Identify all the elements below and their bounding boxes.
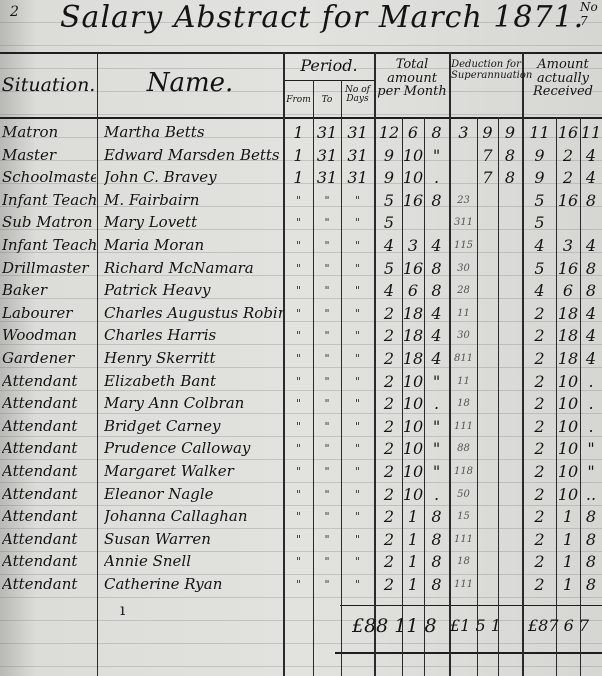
deduction-pence-cell: [498, 370, 522, 393]
situation-cell: Matron: [2, 121, 96, 144]
total-pence-cell: 8: [424, 257, 449, 280]
deduction-shillings-cell: [477, 505, 498, 528]
header-period-days: No of Days: [341, 86, 374, 105]
situation-cell: Drillmaster: [2, 257, 96, 280]
period-to-cell: ": [313, 347, 341, 370]
page-number: 2: [10, 4, 19, 20]
received-pence-cell: 4: [580, 144, 602, 167]
received-shillings-cell: 1: [556, 528, 580, 551]
total-pence-cell: 8: [424, 121, 449, 144]
period-from-cell: ": [284, 392, 313, 415]
title-annotation: No 7: [580, 0, 602, 28]
received-pence-cell: 4: [580, 347, 602, 370]
deduction-pencil-mark: 311: [450, 211, 477, 234]
deduction-pence-cell: [498, 257, 522, 280]
deduction-shillings-cell: [477, 573, 498, 596]
period-days-cell: ": [341, 324, 374, 347]
situation-cell: Attendant: [2, 460, 96, 483]
total-pounds-cell: 2: [375, 347, 403, 370]
situation-cell: Infant Teacher: [2, 189, 96, 212]
period-from-cell: ": [284, 302, 313, 325]
situation-cell: Attendant: [2, 505, 96, 528]
name-cell: Charles Augustus Robinson: [104, 302, 284, 325]
period-days-cell: ": [341, 370, 374, 393]
total-pence-cell: 4: [424, 234, 449, 257]
deduction-sum: £1 5 1: [450, 612, 501, 640]
deduction-pence-cell: [498, 437, 522, 460]
period-subrule: [285, 80, 375, 81]
total-shillings-cell: 18: [402, 324, 424, 347]
deduction-pence-cell: [498, 302, 522, 325]
name-cell: Margaret Walker: [104, 460, 284, 483]
deduction-pounds-cell: 3: [450, 121, 477, 144]
period-from-cell: 1: [284, 166, 313, 189]
total-pounds-cell: 2: [375, 324, 403, 347]
received-shillings-cell: 2: [556, 166, 580, 189]
table-row: Infant TeacherM. Fairbairn"""5168235168: [0, 189, 602, 212]
deduction-pence-cell: [498, 528, 522, 551]
deduction-pence-cell: [498, 505, 522, 528]
deduction-pence-cell: [498, 279, 522, 302]
situation-cell: Infant Teacher: [2, 234, 96, 257]
situation-cell: Woodman: [2, 324, 96, 347]
header-deduction: Deduction for Superannuation: [451, 60, 521, 81]
period-from-cell: 1: [284, 121, 313, 144]
total-pence-cell: 8: [424, 505, 449, 528]
received-pence-cell: .: [580, 415, 602, 438]
deduction-shillings-cell: [477, 257, 498, 280]
deduction-pence-cell: [498, 324, 522, 347]
period-days-cell: ": [341, 550, 374, 573]
name-cell: Annie Snell: [104, 550, 284, 573]
header-situation: Situation.: [0, 76, 97, 96]
total-pounds-cell: 2: [375, 550, 403, 573]
received-pounds-cell: 2: [523, 460, 556, 483]
received-sum: £87 6 7: [528, 612, 589, 640]
received-pounds-cell: 2: [523, 550, 556, 573]
period-to-cell: ": [313, 324, 341, 347]
situation-cell: Attendant: [2, 370, 96, 393]
period-from-cell: ": [284, 550, 313, 573]
deduction-shillings-cell: 7: [477, 144, 498, 167]
total-shillings-cell: [402, 211, 424, 234]
total-pence-cell: ": [424, 460, 449, 483]
received-pence-cell: 8: [580, 189, 602, 212]
total-pounds-cell: 2: [375, 302, 403, 325]
period-to-cell: ": [313, 483, 341, 506]
deduction-shillings-cell: 7: [477, 166, 498, 189]
period-from-cell: ": [284, 279, 313, 302]
situation-cell: Labourer: [2, 302, 96, 325]
deduction-pencil-mark: 30: [450, 324, 477, 347]
name-cell: Bridget Carney: [104, 415, 284, 438]
total-pounds-cell: 9: [375, 144, 403, 167]
table-row: AttendantBridget Carney"""210"111210.: [0, 415, 602, 438]
table-row: AttendantPrudence Calloway"""210"88210": [0, 437, 602, 460]
period-days-cell: ": [341, 347, 374, 370]
total-shillings-cell: 1: [402, 550, 424, 573]
received-pounds-cell: 5: [523, 257, 556, 280]
received-pounds-cell: 5: [523, 211, 556, 234]
received-shillings-cell: 10: [556, 460, 580, 483]
period-days-cell: ": [341, 437, 374, 460]
total-shillings-cell: 3: [402, 234, 424, 257]
period-days-cell: ": [341, 483, 374, 506]
header-bottom-rule: [0, 117, 602, 119]
period-days-cell: 31: [341, 121, 374, 144]
received-pounds-cell: 2: [523, 370, 556, 393]
total-shillings-cell: 10: [402, 415, 424, 438]
period-from-cell: ": [284, 234, 313, 257]
deduction-shillings-cell: [477, 392, 498, 415]
deduction-pencil-mark: 111: [450, 573, 477, 596]
received-pence-cell: 4: [580, 234, 602, 257]
total-pounds-cell: 4: [375, 234, 403, 257]
period-from-cell: ": [284, 437, 313, 460]
received-pence-cell: .: [580, 370, 602, 393]
total-shillings-cell: 10: [402, 370, 424, 393]
deduction-shillings-cell: [477, 370, 498, 393]
total-shillings-cell: 10: [402, 437, 424, 460]
name-cell: John C. Bravey: [104, 166, 284, 189]
deduction-pencil-mark: 118: [450, 460, 477, 483]
name-cell: Prudence Calloway: [104, 437, 284, 460]
received-pounds-cell: 2: [523, 437, 556, 460]
deduction-shillings-cell: [477, 437, 498, 460]
table-row: MatronMartha Betts131311268399111611: [0, 121, 602, 144]
received-pence-cell: 8: [580, 257, 602, 280]
received-shillings-cell: 18: [556, 302, 580, 325]
period-days-cell: ": [341, 573, 374, 596]
deduction-pence-cell: [498, 550, 522, 573]
period-from-cell: 1: [284, 144, 313, 167]
received-shillings-cell: 1: [556, 505, 580, 528]
table-row: AttendantMargaret Walker"""210"118210": [0, 460, 602, 483]
table-row: AttendantSusan Warren"""218111218: [0, 528, 602, 551]
total-shillings-cell: 6: [402, 121, 424, 144]
header-total-amount: Total amount per Month: [376, 58, 448, 99]
period-from-cell: ": [284, 324, 313, 347]
period-to-cell: ": [313, 257, 341, 280]
received-shillings-cell: [556, 211, 580, 234]
period-days-cell: ": [341, 189, 374, 212]
deduction-pencil-mark: 30: [450, 257, 477, 280]
period-from-cell: ": [284, 211, 313, 234]
received-pounds-cell: 2: [523, 483, 556, 506]
period-to-cell: ": [313, 460, 341, 483]
total-pence-cell: .: [424, 166, 449, 189]
table-row: SchoolmasterJohn C. Bravey13131910.78924: [0, 166, 602, 189]
received-shillings-cell: 10: [556, 415, 580, 438]
period-days-cell: ": [341, 257, 374, 280]
situation-cell: Master: [2, 144, 96, 167]
header-amount-received: Amount actually Received: [524, 58, 602, 99]
period-to-cell: ": [313, 528, 341, 551]
received-pence-cell: 8: [580, 550, 602, 573]
received-pounds-cell: 2: [523, 528, 556, 551]
deduction-shillings-cell: 9: [477, 121, 498, 144]
situation-cell: Schoolmaster: [2, 166, 96, 189]
total-pence-cell: ": [424, 415, 449, 438]
deduction-shillings-cell: [477, 324, 498, 347]
total-shillings-cell: 6: [402, 279, 424, 302]
deduction-shillings-cell: [477, 211, 498, 234]
total-pence-cell: 8: [424, 189, 449, 212]
table-row: Sub MatronMary Lovett"""53115: [0, 211, 602, 234]
received-shillings-cell: 1: [556, 550, 580, 573]
period-from-cell: ": [284, 460, 313, 483]
total-pence-cell: 4: [424, 347, 449, 370]
deduction-pence-cell: [498, 483, 522, 506]
received-pounds-cell: 4: [523, 279, 556, 302]
deduction-pencil-mark: 18: [450, 550, 477, 573]
received-pence-cell: ": [580, 460, 602, 483]
period-to-cell: ": [313, 234, 341, 257]
received-pence-cell: ": [580, 437, 602, 460]
received-shillings-cell: 2: [556, 144, 580, 167]
total-shillings-cell: 10: [402, 144, 424, 167]
deduction-pencil-mark: 88: [450, 437, 477, 460]
deduction-pencil-mark: 115: [450, 234, 477, 257]
received-pounds-cell: 5: [523, 189, 556, 212]
received-pence-cell: 8: [580, 573, 602, 596]
deduction-shillings-cell: [477, 347, 498, 370]
received-pence-cell: 4: [580, 324, 602, 347]
header-top-rule: [0, 52, 602, 54]
deduction-pencil-mark: 50: [450, 483, 477, 506]
deduction-shillings-cell: [477, 483, 498, 506]
deduction-pounds-cell: [450, 144, 477, 167]
received-shillings-cell: 10: [556, 370, 580, 393]
table-row: AttendantEleanor Nagle"""210.50210..: [0, 483, 602, 506]
total-pence-cell: 4: [424, 302, 449, 325]
period-days-cell: ": [341, 279, 374, 302]
total-pence-cell: ": [424, 370, 449, 393]
period-to-cell: ": [313, 189, 341, 212]
total-shillings-cell: 16: [402, 257, 424, 280]
deduction-pence-cell: [498, 234, 522, 257]
deduction-pencil-mark: 11: [450, 370, 477, 393]
total-pounds-cell: 2: [375, 573, 403, 596]
received-pence-cell: 4: [580, 302, 602, 325]
total-pence-cell: 4: [424, 324, 449, 347]
received-pounds-cell: 2: [523, 392, 556, 415]
name-cell: Elizabeth Bant: [104, 370, 284, 393]
total-shillings-cell: 10: [402, 483, 424, 506]
received-pence-cell: 8: [580, 279, 602, 302]
received-pounds-cell: 9: [523, 144, 556, 167]
period-days-cell: ": [341, 211, 374, 234]
received-shillings-cell: 16: [556, 257, 580, 280]
total-pence-cell: 8: [424, 279, 449, 302]
total-pounds-cell: 5: [375, 257, 403, 280]
situation-cell: Gardener: [2, 347, 96, 370]
deduction-pencil-mark: 15: [450, 505, 477, 528]
deduction-pence-cell: 8: [498, 144, 522, 167]
deduction-pounds-cell: [450, 166, 477, 189]
deduction-shillings-cell: [477, 528, 498, 551]
table-row: Infant TeacherMaria Moran"""434115434: [0, 234, 602, 257]
deduction-pencil-mark: 811: [450, 347, 477, 370]
deduction-shillings-cell: [477, 189, 498, 212]
total-amount-sum: £88 11 8: [352, 612, 437, 640]
situation-cell: Sub Matron: [2, 211, 96, 234]
table-row: WoodmanCharles Harris"""2184302184: [0, 324, 602, 347]
received-pounds-cell: 4: [523, 234, 556, 257]
received-shillings-cell: 16: [556, 121, 580, 144]
deduction-shillings-cell: [477, 550, 498, 573]
deduction-shillings-cell: [477, 279, 498, 302]
period-days-cell: ": [341, 505, 374, 528]
received-pounds-cell: 2: [523, 347, 556, 370]
period-days-cell: 31: [341, 166, 374, 189]
received-shillings-cell: 18: [556, 324, 580, 347]
period-days-cell: ": [341, 460, 374, 483]
deduction-pencil-mark: 18: [450, 392, 477, 415]
period-to-cell: ": [313, 505, 341, 528]
name-cell: Martha Betts: [104, 121, 284, 144]
total-pence-cell: ": [424, 437, 449, 460]
period-from-cell: ": [284, 189, 313, 212]
received-pounds-cell: 2: [523, 505, 556, 528]
total-pounds-cell: 2: [375, 528, 403, 551]
deduction-pence-cell: 8: [498, 166, 522, 189]
period-to-cell: 31: [313, 166, 341, 189]
received-pence-cell: 8: [580, 528, 602, 551]
period-days-cell: ": [341, 415, 374, 438]
total-shillings-cell: 10: [402, 460, 424, 483]
period-to-cell: ": [313, 279, 341, 302]
received-pounds-cell: 2: [523, 324, 556, 347]
received-shillings-cell: 3: [556, 234, 580, 257]
deduction-pence-cell: [498, 415, 522, 438]
period-days-cell: 31: [341, 144, 374, 167]
total-pence-cell: [424, 211, 449, 234]
period-from-cell: ": [284, 528, 313, 551]
header-period-to: To: [313, 96, 341, 105]
name-cell: Eleanor Nagle: [104, 483, 284, 506]
situation-cell: Attendant: [2, 392, 96, 415]
name-cell: Catherine Ryan: [104, 573, 284, 596]
total-shillings-cell: 1: [402, 528, 424, 551]
total-shillings-cell: 18: [402, 347, 424, 370]
name-cell: Henry Skerritt: [104, 347, 284, 370]
received-pence-cell: [580, 211, 602, 234]
received-shillings-cell: 10: [556, 437, 580, 460]
period-from-cell: ": [284, 483, 313, 506]
total-shillings-cell: 16: [402, 189, 424, 212]
period-days-cell: ": [341, 528, 374, 551]
period-days-cell: ": [341, 392, 374, 415]
situation-cell: Attendant: [2, 573, 96, 596]
name-cell: Johanna Callaghan: [104, 505, 284, 528]
period-from-cell: ": [284, 505, 313, 528]
period-to-cell: ": [313, 211, 341, 234]
table-row: GardenerHenry Skerritt"""21848112184: [0, 347, 602, 370]
period-to-cell: ": [313, 370, 341, 393]
total-pounds-cell: 2: [375, 505, 403, 528]
deduction-pence-cell: [498, 347, 522, 370]
period-to-cell: 31: [313, 144, 341, 167]
total-pounds-cell: 2: [375, 460, 403, 483]
total-shillings-cell: 18: [402, 302, 424, 325]
ledger-page: 2 Salary Abstract for March 1871. No 7 S…: [0, 0, 602, 676]
header-name: Name.: [110, 70, 270, 97]
received-pounds-cell: 2: [523, 302, 556, 325]
deduction-pencil-mark: 11: [450, 302, 477, 325]
total-pounds-cell: 5: [375, 189, 403, 212]
total-pence-cell: .: [424, 483, 449, 506]
period-from-cell: ": [284, 415, 313, 438]
total-shillings-cell: 10: [402, 392, 424, 415]
name-cell: Mary Lovett: [104, 211, 284, 234]
period-to-cell: 31: [313, 121, 341, 144]
received-shillings-cell: 16: [556, 189, 580, 212]
period-from-cell: ": [284, 347, 313, 370]
received-pounds-cell: 11: [523, 121, 556, 144]
total-shillings-cell: 1: [402, 505, 424, 528]
period-to-cell: ": [313, 437, 341, 460]
table-row: AttendantJohanna Callaghan"""21815218: [0, 505, 602, 528]
deduction-shillings-cell: [477, 302, 498, 325]
situation-cell: Attendant: [2, 550, 96, 573]
received-shillings-cell: 1: [556, 573, 580, 596]
deduction-shillings-cell: [477, 234, 498, 257]
deduction-pence-cell: [498, 189, 522, 212]
total-pounds-cell: 2: [375, 483, 403, 506]
situation-cell: Attendant: [2, 528, 96, 551]
period-to-cell: ": [313, 550, 341, 573]
table-row: AttendantMary Ann Colbran"""210.18210.: [0, 392, 602, 415]
deduction-pence-cell: [498, 573, 522, 596]
period-to-cell: ": [313, 302, 341, 325]
received-pounds-cell: 2: [523, 415, 556, 438]
name-cell: M. Fairbairn: [104, 189, 284, 212]
period-from-cell: ": [284, 257, 313, 280]
document-title: Salary Abstract for March 1871.: [60, 0, 580, 48]
total-pence-cell: .: [424, 392, 449, 415]
deduction-pence-cell: [498, 211, 522, 234]
deduction-pencil-mark: 28: [450, 279, 477, 302]
total-pounds-cell: 4: [375, 279, 403, 302]
deduction-pence-cell: [498, 460, 522, 483]
deduction-pencil-mark: 23: [450, 189, 477, 212]
period-from-cell: ": [284, 370, 313, 393]
situation-cell: Attendant: [2, 437, 96, 460]
table-row: MasterEdward Marsden Betts13131910"78924: [0, 144, 602, 167]
name-cell: Richard McNamara: [104, 257, 284, 280]
received-shillings-cell: 18: [556, 347, 580, 370]
deduction-pence-cell: 9: [498, 121, 522, 144]
received-pounds-cell: 2: [523, 573, 556, 596]
name-cell: Edward Marsden Betts: [104, 144, 284, 167]
situation-cell: Baker: [2, 279, 96, 302]
received-pence-cell: 8: [580, 505, 602, 528]
total-shillings-cell: 1: [402, 573, 424, 596]
header-period-from: From: [284, 96, 313, 105]
total-pounds-cell: 2: [375, 437, 403, 460]
total-pounds-cell: 2: [375, 392, 403, 415]
total-pounds-cell: 2: [375, 370, 403, 393]
period-to-cell: ": [313, 415, 341, 438]
total-pounds-cell: 2: [375, 415, 403, 438]
total-pence-cell: 8: [424, 573, 449, 596]
received-pence-cell: ..: [580, 483, 602, 506]
table-row: BakerPatrick Heavy"""46828468: [0, 279, 602, 302]
received-shillings-cell: 10: [556, 392, 580, 415]
total-pounds-cell: 9: [375, 166, 403, 189]
deduction-shillings-cell: [477, 460, 498, 483]
